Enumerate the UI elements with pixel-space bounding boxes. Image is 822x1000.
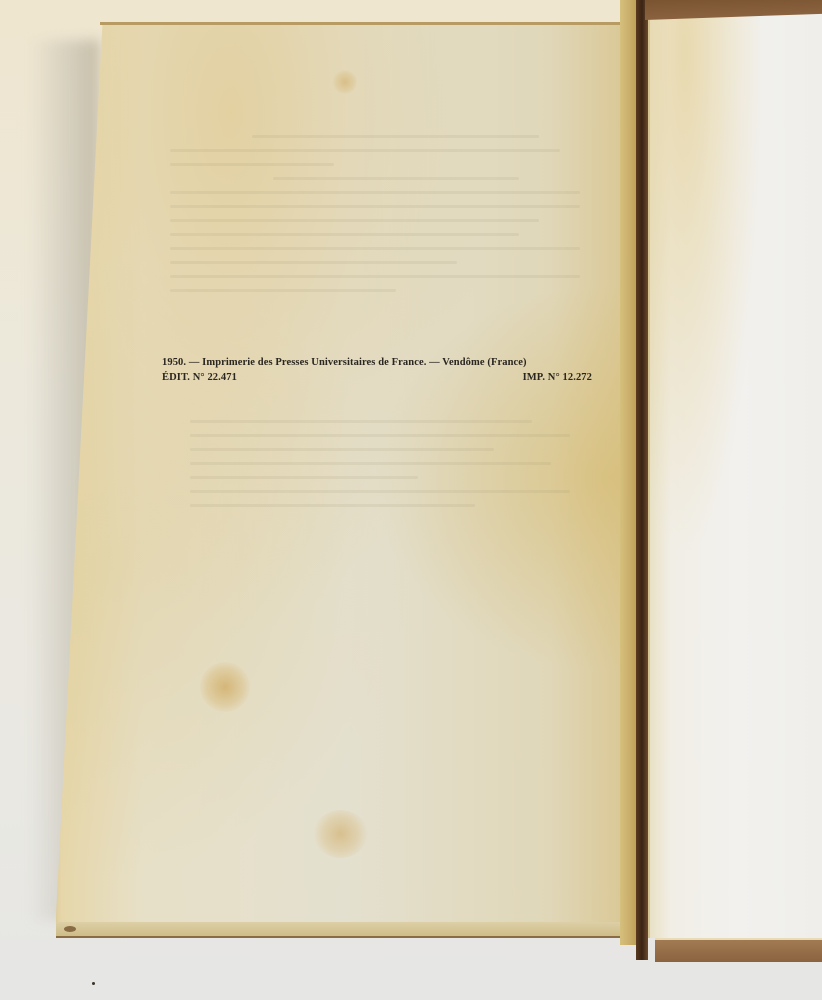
colophon-numbers-line: ÉDIT. N° 22.471 IMP. N° 12.272 [162, 370, 592, 385]
cover-board-bottom [655, 938, 822, 962]
edition-number: ÉDIT. N° 22.471 [162, 370, 237, 385]
foxing-spot [200, 662, 250, 712]
foxing-spot [333, 70, 357, 94]
debris-speck [92, 982, 95, 985]
colophon-printer-line: 1950. — Imprimerie des Presses Universit… [162, 355, 592, 370]
printer-info: 1950. — Imprimerie des Presses Universit… [162, 355, 527, 370]
left-page-bottom-edge [56, 922, 638, 938]
show-through-text [170, 135, 580, 303]
show-through-text-lower [190, 420, 570, 518]
left-page-top-edge [100, 22, 640, 25]
colophon: 1950. — Imprimerie des Presses Universit… [162, 355, 592, 385]
right-page [648, 6, 822, 938]
book-spine [636, 0, 648, 960]
imprint-number: IMP. N° 12.272 [523, 370, 592, 385]
foxing-spot [313, 810, 368, 858]
debris-speck [64, 926, 76, 932]
